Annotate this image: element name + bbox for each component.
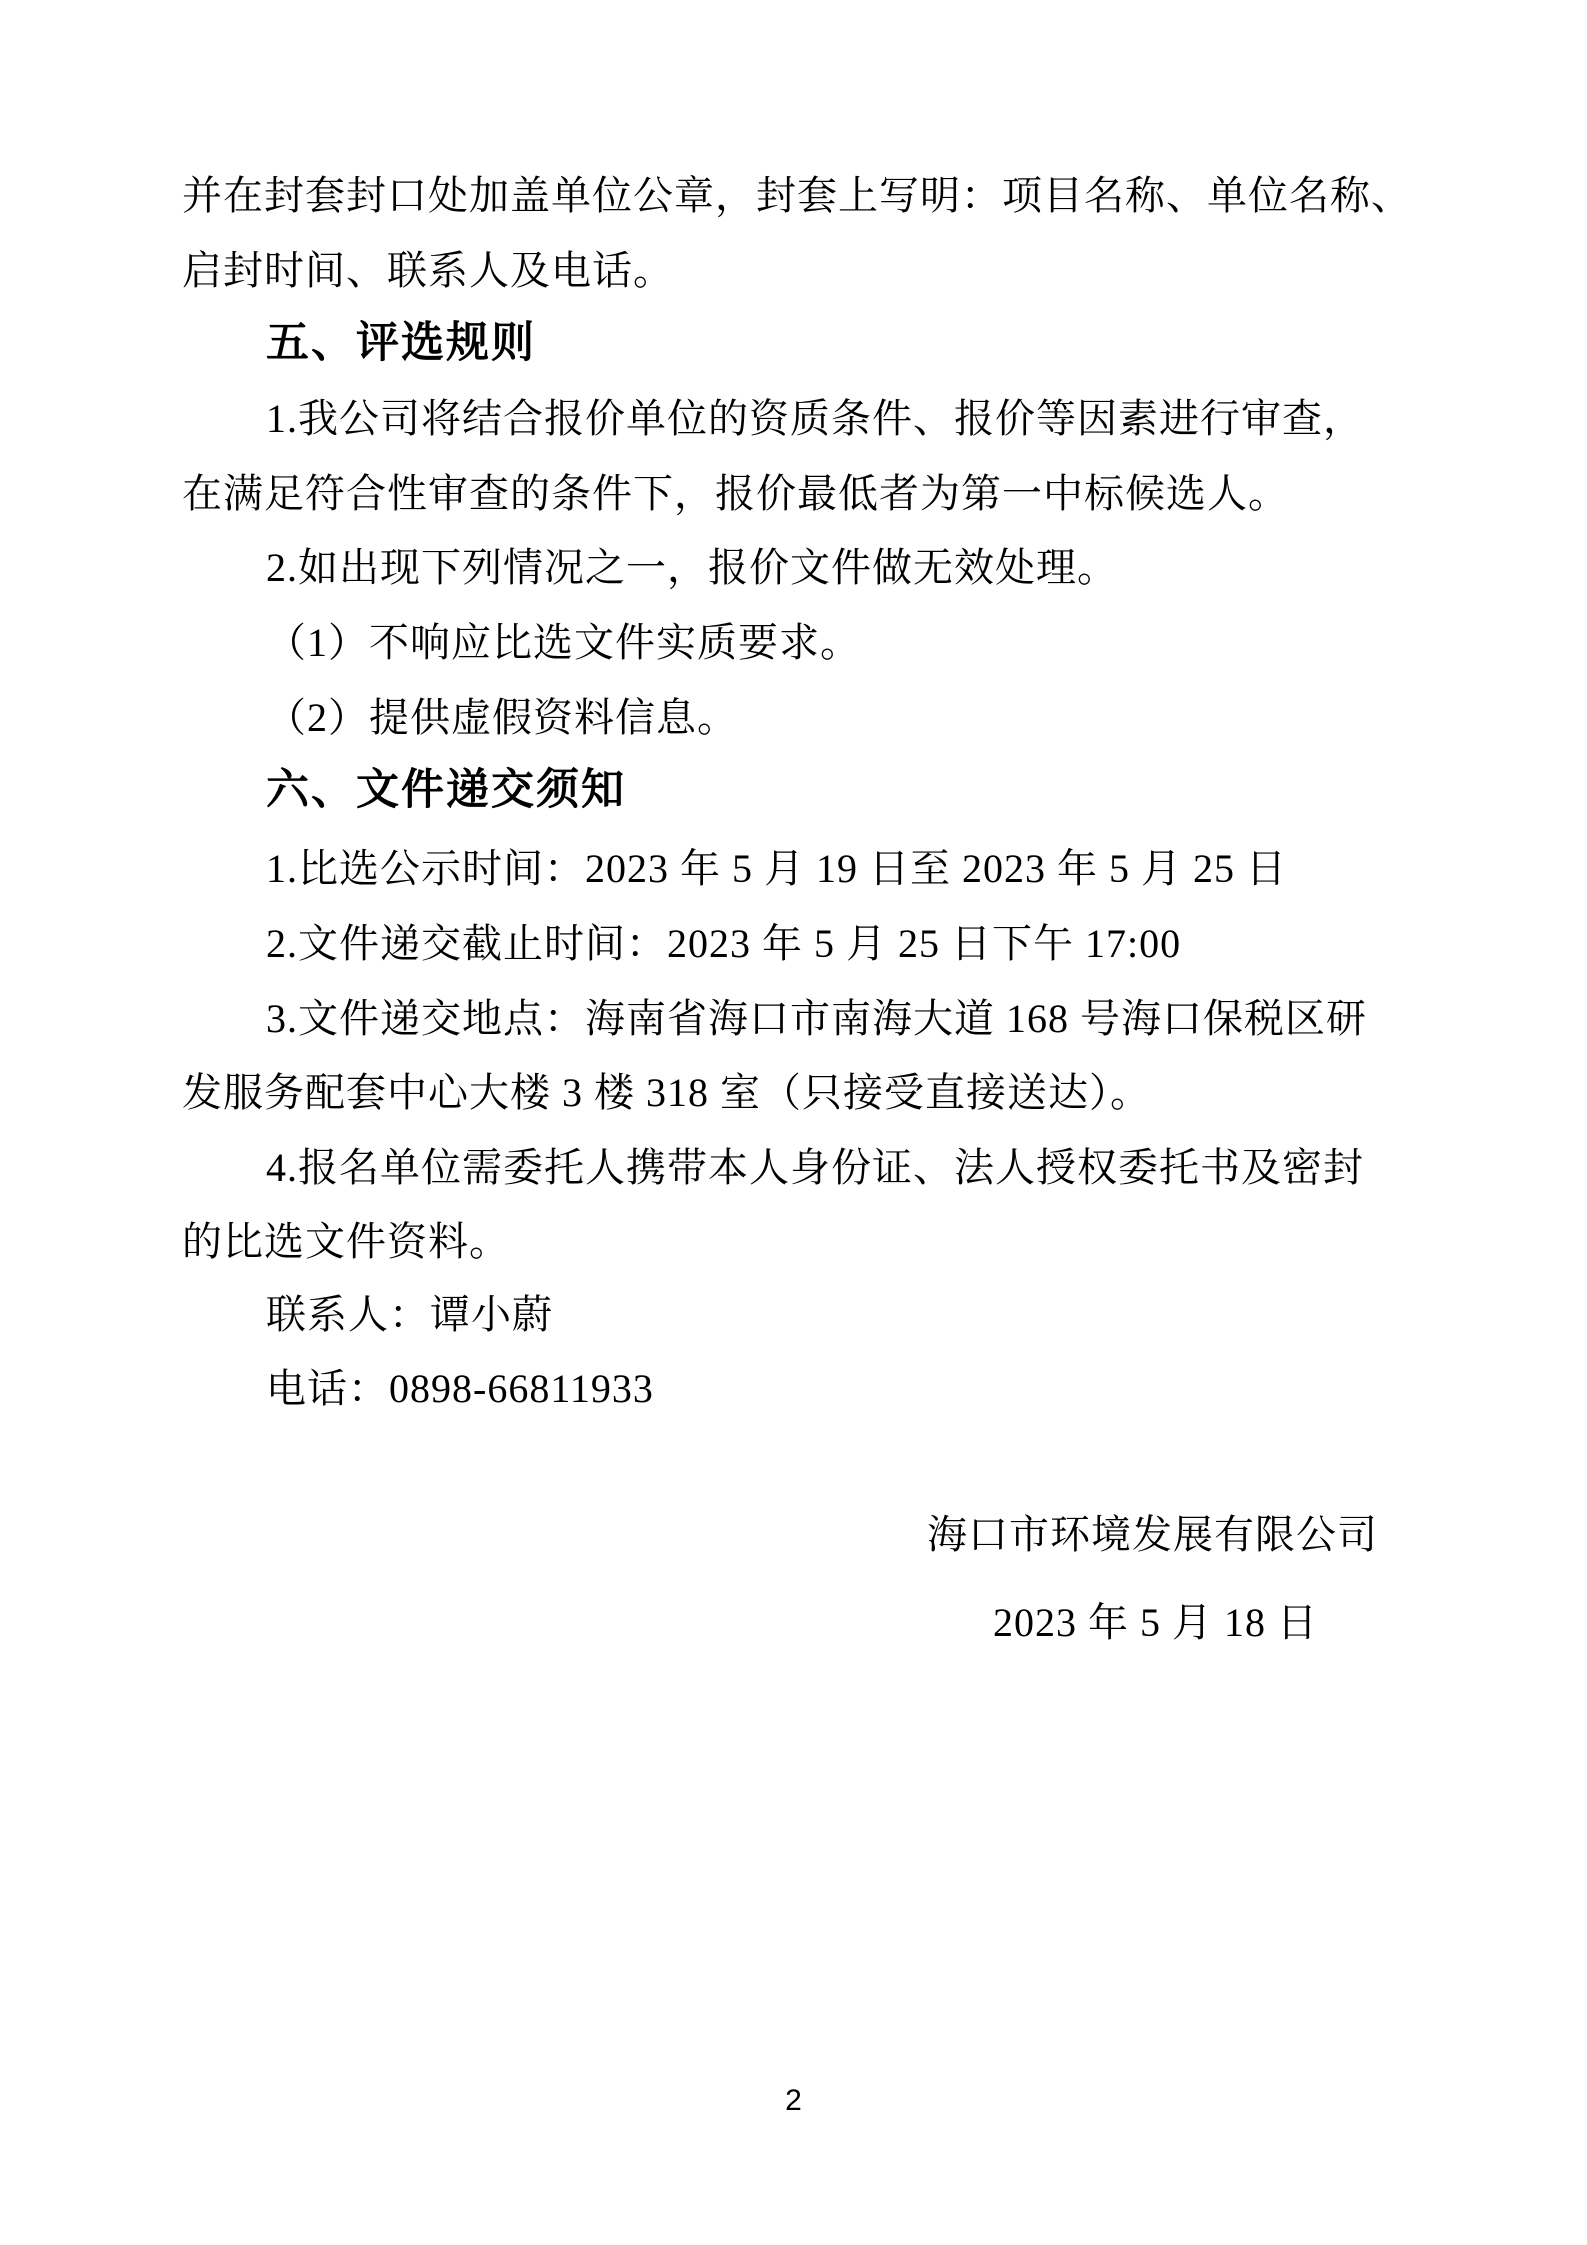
section5-heading: 五、评选规则 [266,320,536,366]
page-number: 2 [0,2086,1587,2116]
section5-item2: 2.如出现下列情况之一，报价文件做无效处理。 [266,545,1118,591]
section6-heading: 六、文件递交须知 [266,767,626,813]
section6-item3-address-line1: 3.文件递交地点：海南省海口市南海大道 168 号海口保税区研 [266,996,1367,1042]
paragraph-seal-instructions-line2: 启封时间、联系人及电话。 [182,248,674,294]
section6-item2-deadline: 2.文件递交截止时间：2023 年 5 月 25 日下午 17:00 [266,921,1181,967]
section6-item4-line2: 的比选文件资料。 [182,1219,510,1265]
section6-item1-publicity-period: 1.比选公示时间：2023 年 5 月 19 日至 2023 年 5 月 25 … [266,846,1287,892]
section5-item2-sub2: （2）提供虚假资料信息。 [266,695,738,741]
section6-item3-address-line2: 发服务配套中心大楼 3 楼 318 室（只接受直接送达）。 [182,1070,1151,1116]
section5-item1-line2: 在满足符合性审查的条件下，报价最低者为第一中标候选人。 [182,471,1289,517]
section6-item4-line1: 4.报名单位需委托人携带本人身份证、法人授权委托书及密封 [266,1145,1364,1191]
paragraph-seal-instructions-line1: 并在封套封口处加盖单位公章，封套上写明：项目名称、单位名称、 [182,173,1412,219]
signature-company-name: 海口市环境发展有限公司 [927,1512,1378,1558]
contact-person-line: 联系人：谭小蔚 [266,1292,553,1338]
contact-phone-line: 电话：0898-66811933 [266,1366,654,1412]
section5-item2-sub1: （1）不响应比选文件实质要求。 [266,620,861,666]
document-page: 并在封套封口处加盖单位公章，封套上写明：项目名称、单位名称、 启封时间、联系人及… [0,0,1587,2245]
section5-item1-line1: 1.我公司将结合报价单位的资质条件、报价等因素进行审查， [266,396,1364,442]
signature-date: 2023 年 5 月 18 日 [993,1600,1318,1646]
